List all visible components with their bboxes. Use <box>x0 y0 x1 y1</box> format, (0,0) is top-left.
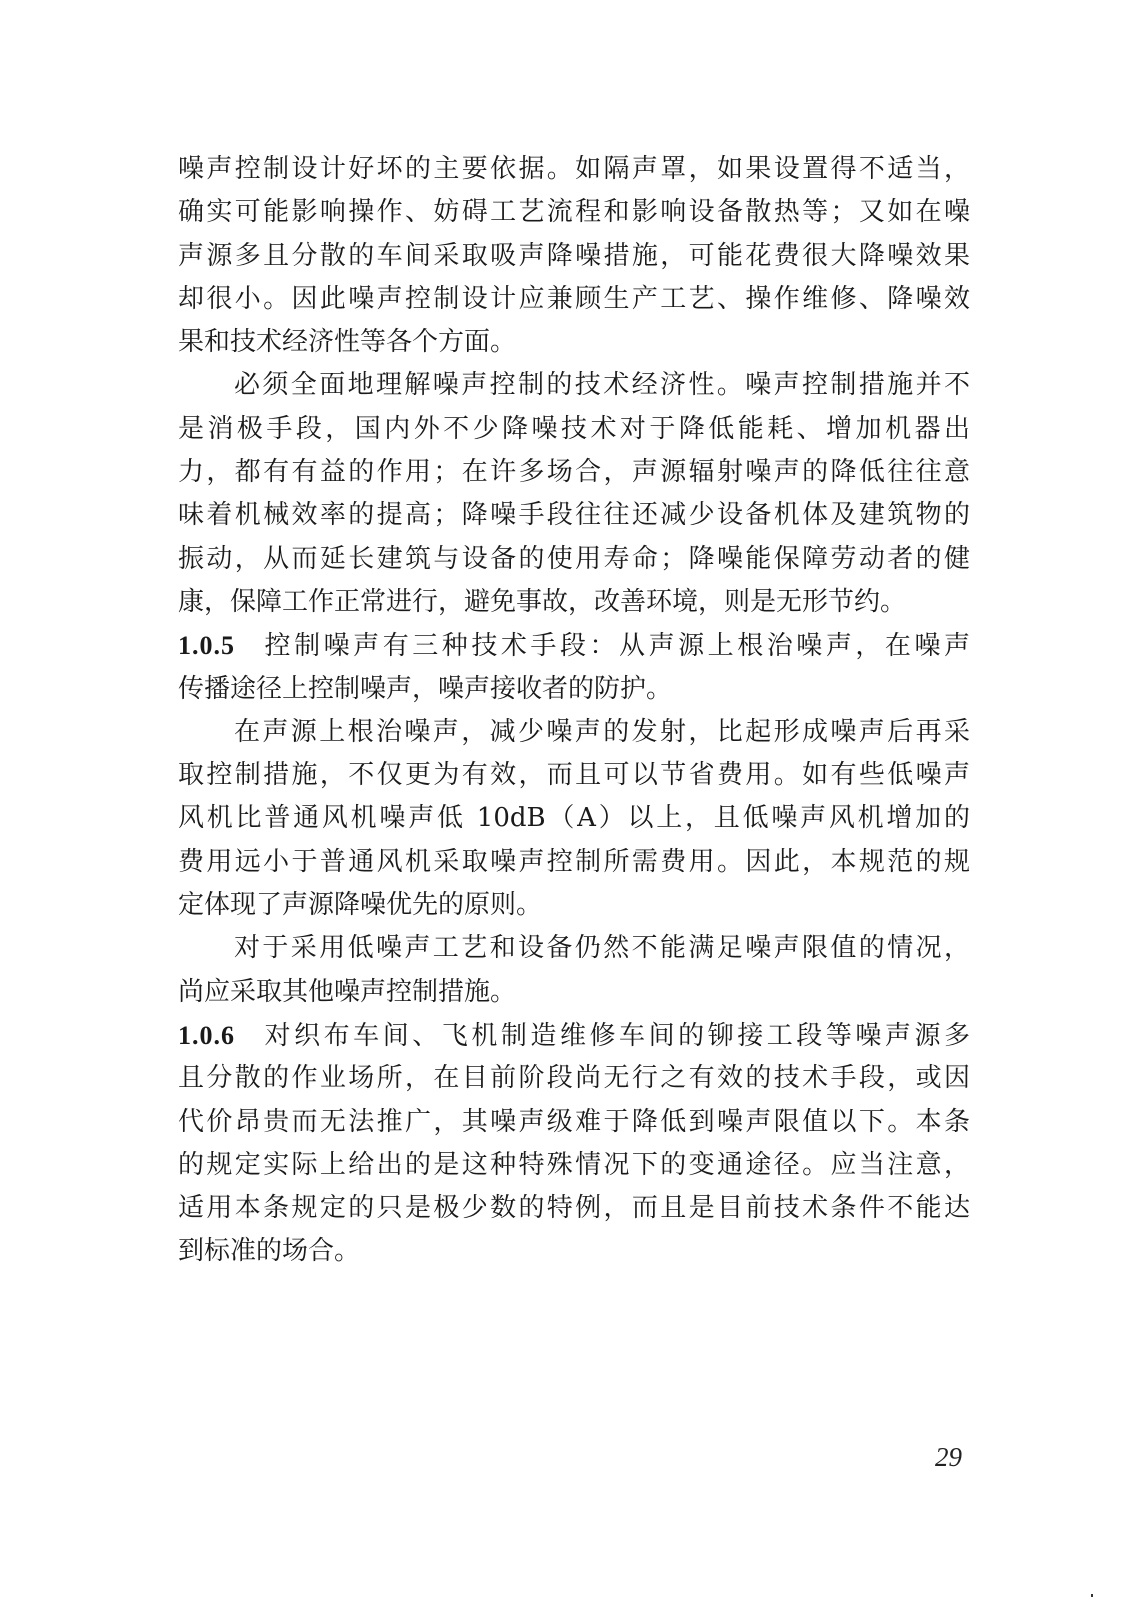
text-line: 定体现了声源降噪优先的原则。 <box>178 884 970 927</box>
text-line: 康，保障工作正常进行，避免事故，改善环境，则是无形节约。 <box>178 581 970 624</box>
text-line: 在声源上根治噪声，减少噪声的发射，比起形成噪声后再采 <box>178 711 970 754</box>
clause-text: 对织布车间、飞机制造维修车间的铆接工段等噪声源多 <box>261 1021 970 1051</box>
paragraph-technical-economics: 必须全面地理解噪声控制的技术经济性。噪声控制措施并不 是消极手段，国内外不少降噪… <box>178 364 970 624</box>
text-line: 味着机械效率的提高；降噪手段往往还减少设备机体及建筑物的 <box>178 494 970 537</box>
text-line: 1.0.6对织布车间、飞机制造维修车间的铆接工段等噪声源多 <box>178 1014 970 1057</box>
text-line: 且分散的作业场所，在目前阶段尚无行之有效的技术手段，或因 <box>178 1057 970 1100</box>
text-line: 果和技术经济性等各个方面。 <box>178 321 970 364</box>
text-line: 适用本条规定的只是极少数的特例，而且是目前技术条件不能达 <box>178 1187 970 1230</box>
text-line: 振动，从而延长建筑与设备的使用寿命；降噪能保障劳动者的健 <box>178 538 970 581</box>
clause-text: 控制噪声有三种技术手段：从声源上根治噪声，在噪声 <box>261 631 970 661</box>
text-line: 确实可能影响操作、妨碍工艺流程和影响设备散热等；又如在噪 <box>178 191 970 234</box>
text-line: 必须全面地理解噪声控制的技术经济性。噪声控制措施并不 <box>178 364 970 407</box>
paragraph-other-measures: 对于采用低噪声工艺和设备仍然不能满足噪声限值的情况， 尚应采取其他噪声控制措施。 <box>178 927 970 1014</box>
clause-1-0-6: 1.0.6对织布车间、飞机制造维修车间的铆接工段等噪声源多 且分散的作业场所，在… <box>178 1014 970 1274</box>
text-line: 尚应采取其他噪声控制措施。 <box>178 971 970 1014</box>
paragraph-continuation: 噪声控制设计好坏的主要依据。如隔声罩，如果设置得不适当， 确实可能影响操作、妨碍… <box>178 148 970 364</box>
text-line: 风机比普通风机噪声低 10dB（A）以上，且低噪声风机增加的 <box>178 797 970 840</box>
text-line: 取控制措施，不仅更为有效，而且可以节省费用。如有些低噪声 <box>178 754 970 797</box>
text-line: 费用远小于普通风机采取噪声控制所需费用。因此，本规范的规 <box>178 841 970 884</box>
document-body: 噪声控制设计好坏的主要依据。如隔声罩，如果设置得不适当， 确实可能影响操作、妨碍… <box>178 148 970 1274</box>
page-number: 29 <box>935 1442 962 1473</box>
text-line: 到标准的场合。 <box>178 1230 970 1273</box>
scan-speck <box>1091 1594 1093 1597</box>
text-line: 1.0.5控制噪声有三种技术手段：从声源上根治噪声，在噪声 <box>178 624 970 667</box>
text-line: 噪声控制设计好坏的主要依据。如隔声罩，如果设置得不适当， <box>178 148 970 191</box>
paragraph-source-control: 在声源上根治噪声，减少噪声的发射，比起形成噪声后再采 取控制措施，不仅更为有效，… <box>178 711 970 927</box>
text-line: 代价昂贵而无法推广，其噪声级难于降低到噪声限值以下。本条 <box>178 1101 970 1144</box>
text-line: 对于采用低噪声工艺和设备仍然不能满足噪声限值的情况， <box>178 927 970 970</box>
text-line: 却很小。因此噪声控制设计应兼顾生产工艺、操作维修、降噪效 <box>178 278 970 321</box>
clause-number: 1.0.5 <box>178 631 235 660</box>
text-line: 的规定实际上给出的是这种特殊情况下的变通途径。应当注意， <box>178 1144 970 1187</box>
text-line: 传播途径上控制噪声，噪声接收者的防护。 <box>178 668 970 711</box>
text-line: 力，都有有益的作用；在许多场合，声源辐射噪声的降低往往意 <box>178 451 970 494</box>
clause-1-0-5: 1.0.5控制噪声有三种技术手段：从声源上根治噪声，在噪声 传播途径上控制噪声，… <box>178 624 970 711</box>
clause-number: 1.0.6 <box>178 1021 235 1050</box>
text-line: 是消极手段，国内外不少降噪技术对于降低能耗、增加机器出 <box>178 408 970 451</box>
text-line: 声源多且分散的车间采取吸声降噪措施，可能花费很大降噪效果 <box>178 235 970 278</box>
